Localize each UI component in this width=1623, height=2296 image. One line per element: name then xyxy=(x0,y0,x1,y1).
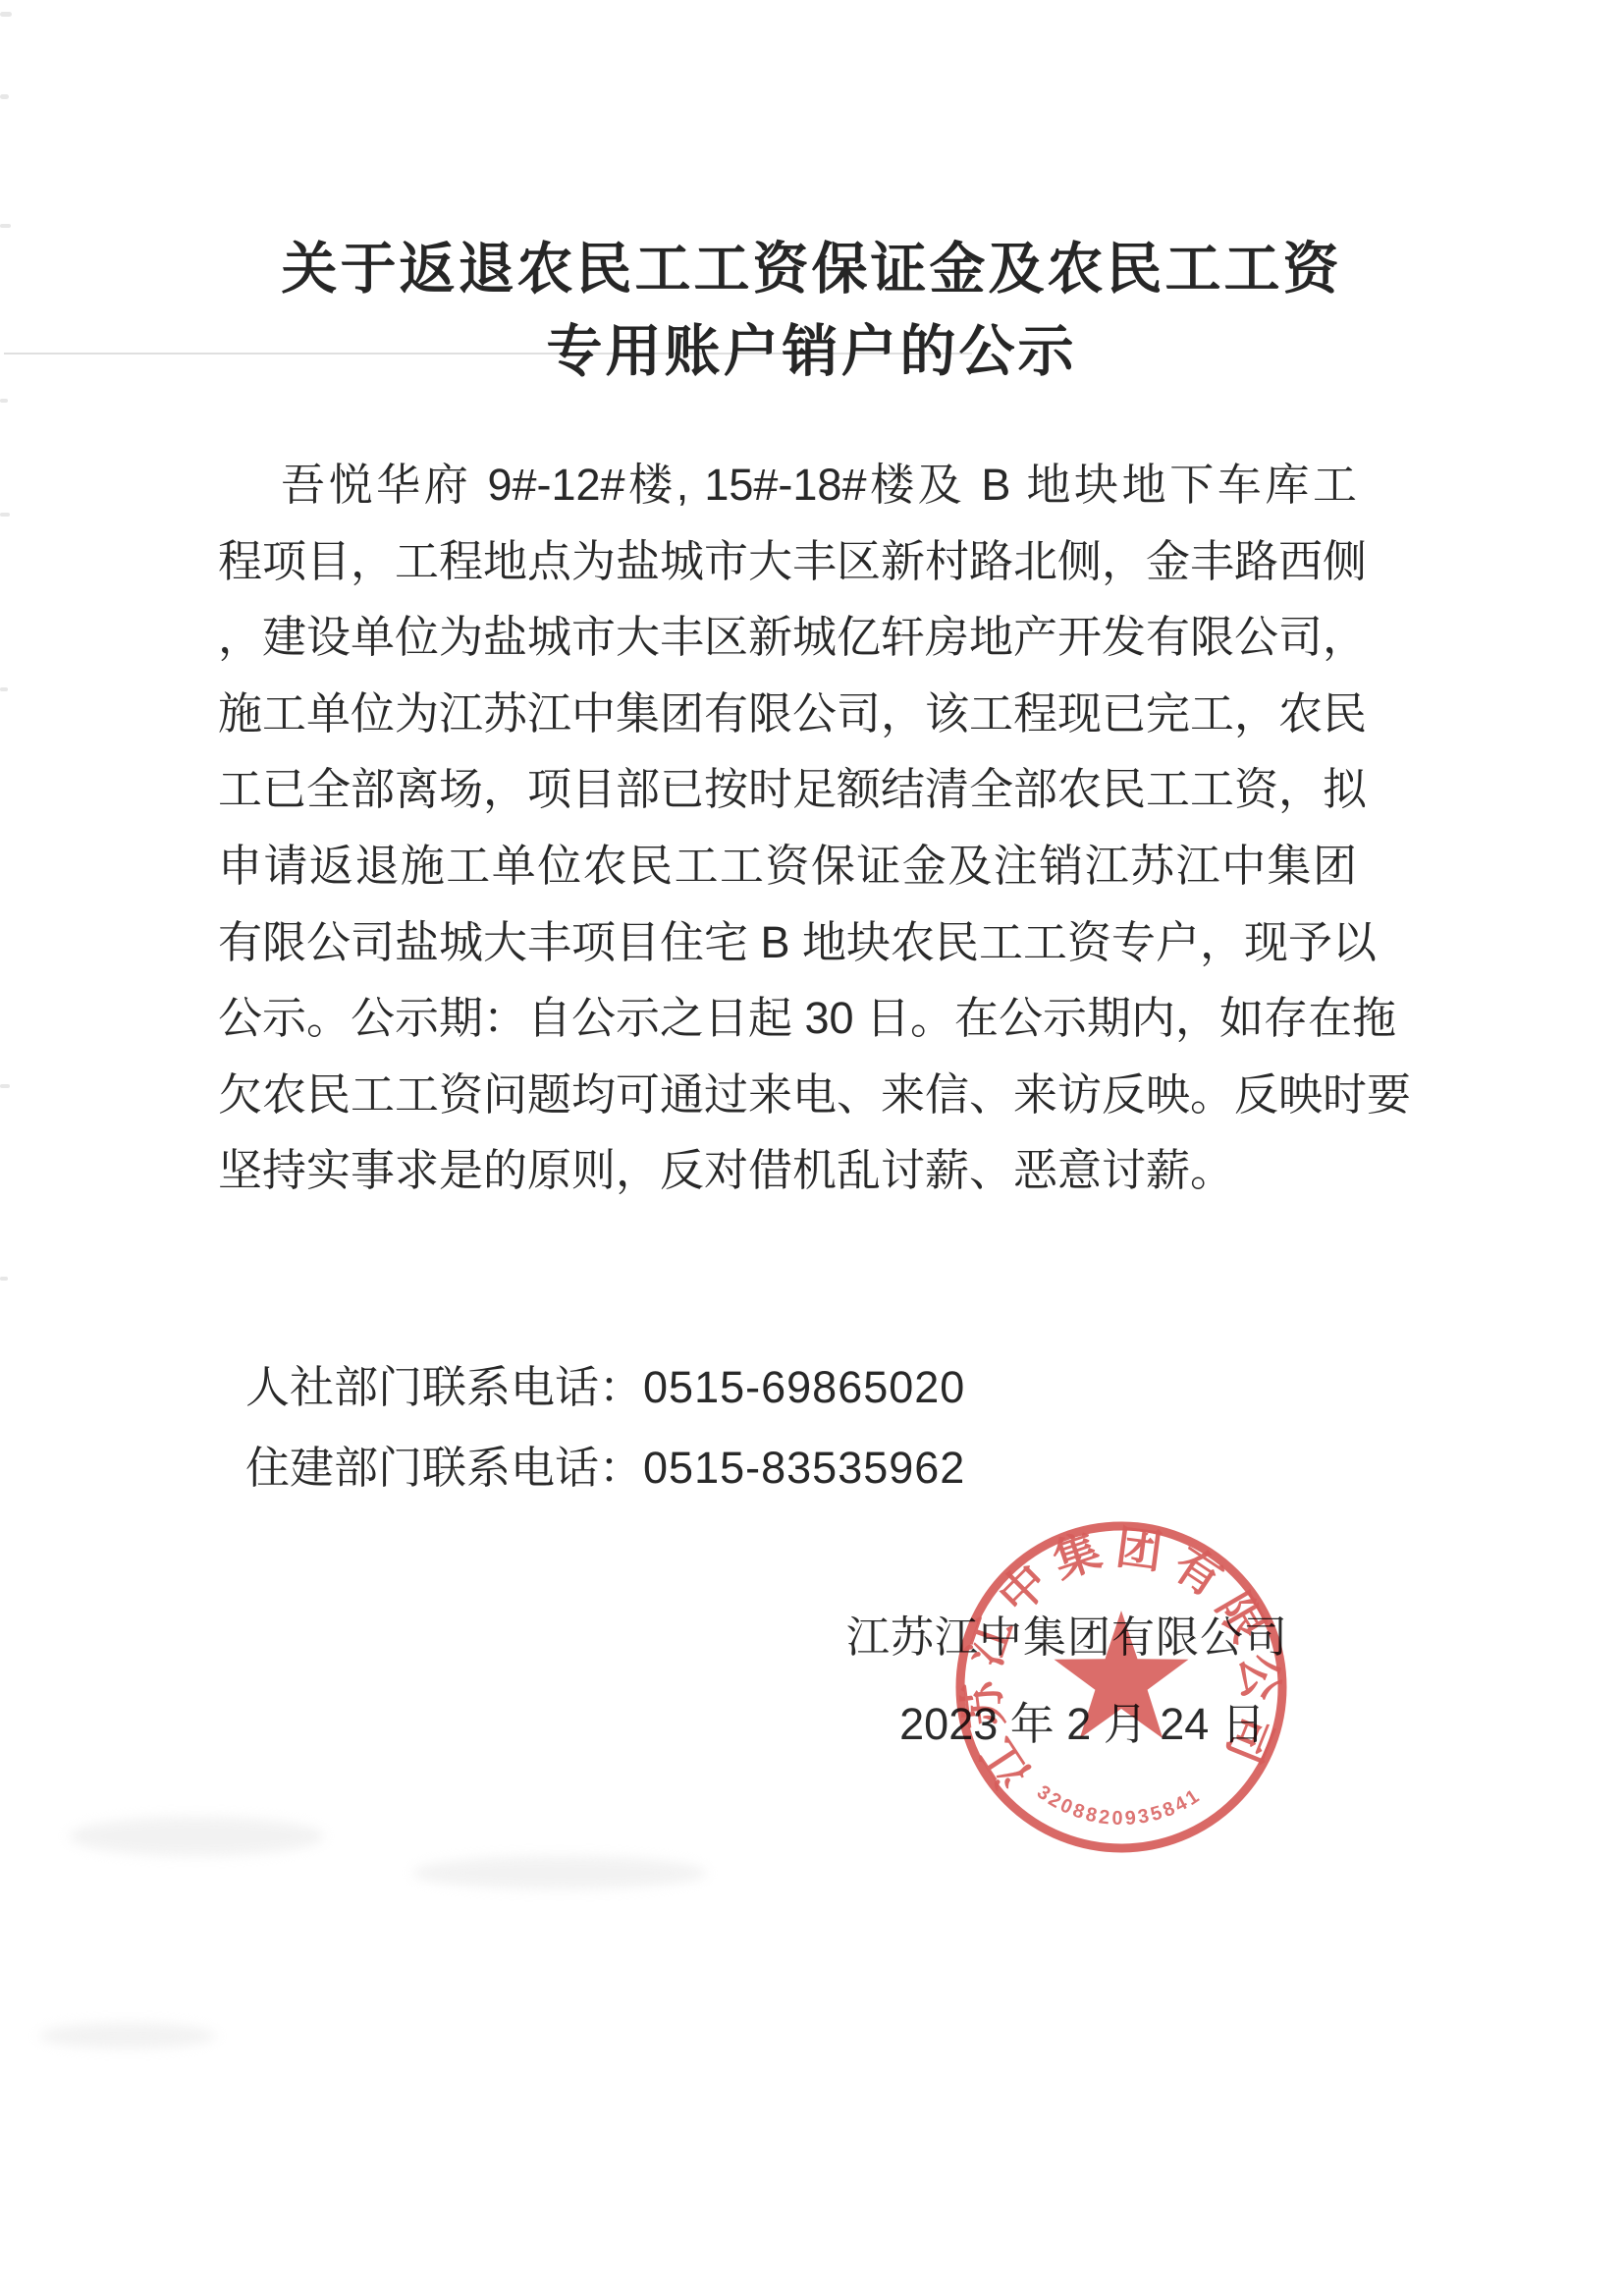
body-line: 公示。公示期：自公示之日起 30 日。在公示期内，如存在拖 xyxy=(218,980,1357,1057)
scan-smudge xyxy=(0,687,8,691)
contact-phone: 0515-69865020 xyxy=(643,1362,965,1412)
contact-phone: 0515-83535962 xyxy=(643,1443,965,1493)
scanned-notice-document: { "title": { "line1": "关于返退农民工工资保证金及农民工工… xyxy=(0,0,1623,2296)
scan-blob xyxy=(412,1856,707,1889)
body-line: 施工单位为江苏江中集团有限公司，该工程现已完工，农民 xyxy=(218,676,1357,752)
contact-row-zhujian: 住建部门联系电话：0515-83535962 xyxy=(245,1428,1325,1508)
scan-blob xyxy=(69,1817,324,1856)
notice-title: 关于返退农民工工资保证金及农民工工资 专用账户销户的公示 xyxy=(0,228,1623,393)
body-line: 工已全部离场，项目部已按时足额结清全部农民工工资，拟 xyxy=(218,751,1357,828)
contact-block: 人社部门联系电话：0515-69865020 住建部门联系电话：0515-835… xyxy=(245,1347,1325,1508)
scan-smudge xyxy=(0,1277,8,1281)
seal-graphic: 江苏江中集团有限公司 3208820935841 xyxy=(948,1514,1294,1860)
body-line: 欠农民工工资问题均可通过来电、来信、来访反映。反映时要 xyxy=(218,1057,1357,1133)
body-line: 程项目，工程地点为盐城市大丰区新村路北侧，金丰路西侧 xyxy=(218,523,1357,600)
notice-body: 吾悦华府 9#-12#楼, 15#-18#楼及 B 地块地下车库工 程项目，工程… xyxy=(218,447,1357,1209)
seal-serial-arc: 3208820935841 xyxy=(1033,1781,1206,1830)
contact-label: 人社部门联系电话： xyxy=(245,1362,643,1412)
scan-smudge xyxy=(0,12,12,17)
document-page: 关于返退农民工工资保证金及农民工工资 专用账户销户的公示 吾悦华府 9#-12#… xyxy=(0,0,1623,2296)
scan-smudge xyxy=(0,94,9,99)
scan-smudge xyxy=(0,399,8,403)
company-seal-stamp: 江苏江中集团有限公司 3208820935841 xyxy=(948,1514,1294,1860)
body-line: 有限公司盐城大丰项目住宅 B 地块农民工工资专户，现予以 xyxy=(218,904,1357,981)
contact-label: 住建部门联系电话： xyxy=(245,1443,643,1493)
scan-blob xyxy=(39,2023,216,2049)
notice-title-line1: 关于返退农民工工资保证金及农民工工资 xyxy=(0,228,1623,310)
body-line: 吾悦华府 9#-12#楼, 15#-18#楼及 B 地块地下车库工 xyxy=(218,447,1357,523)
contact-row-renshe: 人社部门联系电话：0515-69865020 xyxy=(245,1347,1325,1428)
body-line: 申请返退施工单位农民工工资保证金及注销江苏江中集团 xyxy=(218,828,1357,904)
body-line: ，建设单位为盐城市大丰区新城亿轩房地产开发有限公司， xyxy=(218,599,1357,676)
seal-star-icon xyxy=(1055,1611,1189,1738)
scan-smudge xyxy=(0,513,10,517)
scan-smudge xyxy=(0,1084,10,1088)
body-line: 坚持实事求是的原则，反对借机乱讨薪、恶意讨薪。 xyxy=(218,1132,1357,1209)
notice-title-line2: 专用账户销户的公示 xyxy=(0,310,1623,393)
